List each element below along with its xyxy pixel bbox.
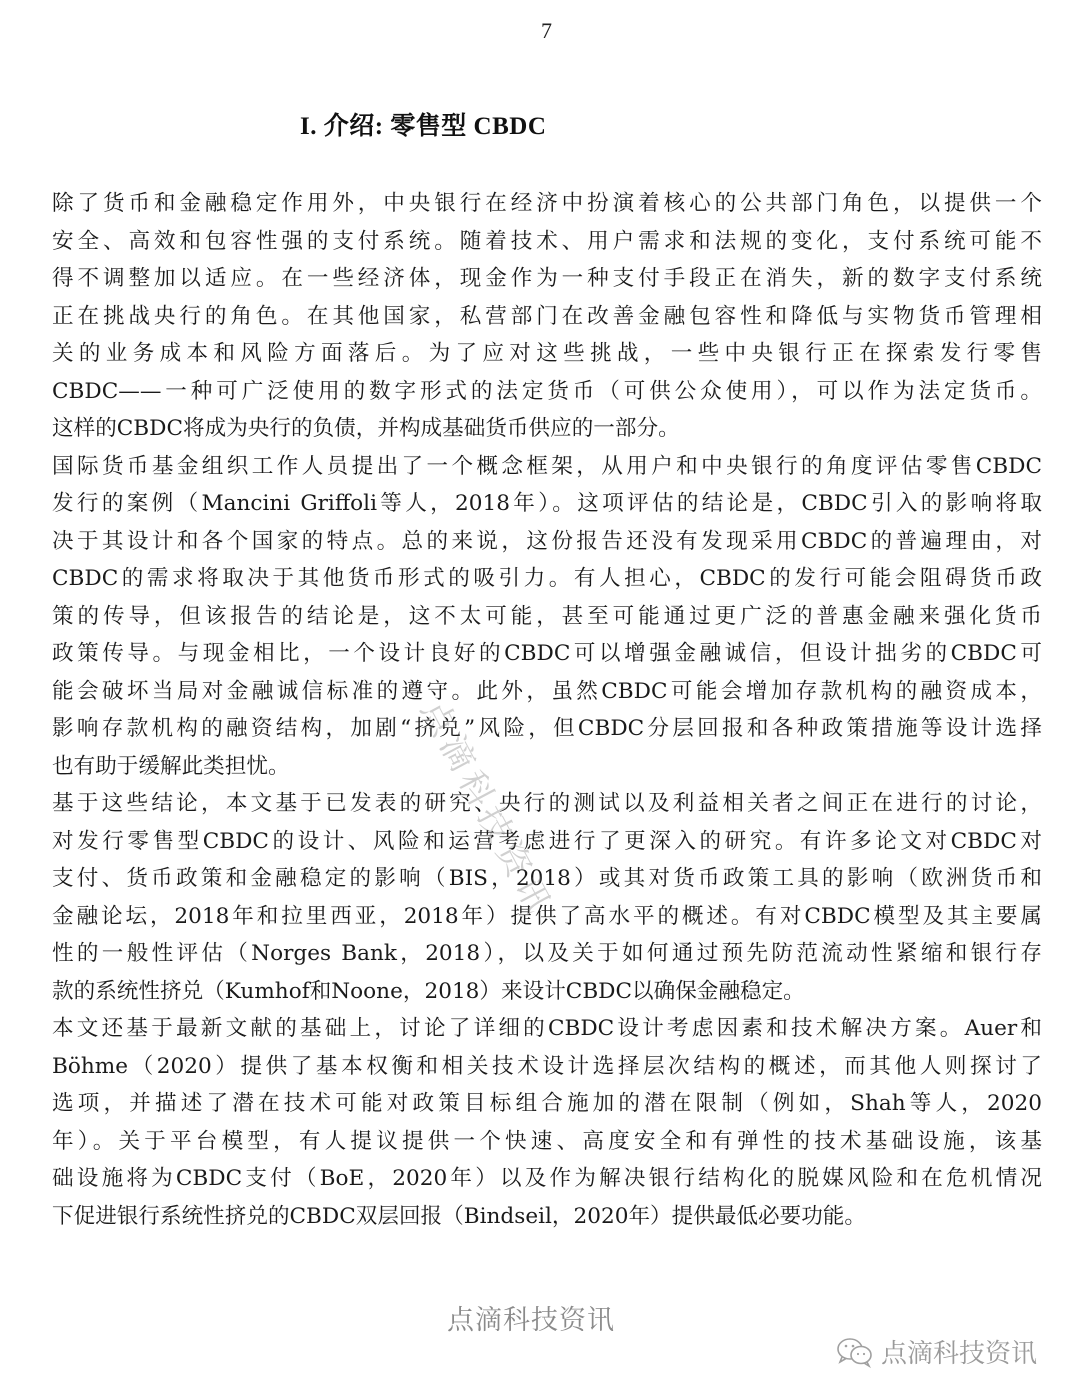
text-line: 发行的案例（Mancini Griffoli等人，2018年）。这项评估的结论是… xyxy=(52,485,1042,523)
text-line: 除了货币和金融稳定作用外，中央银行在经济中扮演着核心的公共部门角色，以提供一个 xyxy=(52,185,1042,223)
text-line: 影响存款机构的融资结构，加剧“挤兑”风险，但CBDC分层回报和各种政策措施等设计… xyxy=(52,710,1042,748)
text-line: 能会破坏当局对金融诚信标准的遵守。此外，虽然CBDC可能会增加存款机构的融资成本… xyxy=(52,673,1042,711)
text-line: CBDC的需求将取决于其他货币形式的吸引力。有人担心，CBDC的发行可能会阻碍货… xyxy=(52,560,1042,598)
wechat-label: 点滴科技资讯 xyxy=(881,1333,1037,1370)
text-line: 这样的CBDC将成为央行的负债，并构成基础货币供应的一部分。 xyxy=(52,410,1042,448)
text-line: 得不调整加以适应。在一些经济体，现金作为一种支付手段正在消失，新的数字支付系统 xyxy=(52,260,1042,298)
wechat-icon xyxy=(835,1335,875,1369)
text-line: 正在挑战央行的角色。在其他国家，私营部门在改善金融包容性和降低与实物货币管理相 xyxy=(52,298,1042,336)
text-line: 选项，并描述了潜在技术可能对政策目标组合施加的潜在限制（例如，Shah等人，20… xyxy=(52,1085,1042,1123)
section-heading: I. 介绍: 零售型 CBDC xyxy=(300,106,546,142)
wechat-account-tag: 点滴科技资讯 xyxy=(835,1333,1037,1370)
text-line: 本文还基于最新文献的基础上，讨论了详细的CBDC设计考虑因素和技术解决方案。Au… xyxy=(52,1010,1042,1048)
text-line: 础设施将为CBDC支付（BoE，2020年）以及作为解决银行结构化的脱媒风险和在… xyxy=(52,1160,1042,1198)
text-line: 性的一般性评估（Norges Bank，2018），以及关于如何通过预先防范流动… xyxy=(52,935,1042,973)
text-line: 策的传导，但该报告的结论是，这不太可能，甚至可能通过更广泛的普惠金融来强化货币 xyxy=(52,598,1042,636)
text-line: 款的系统性挤兑（Kumhof和Noone，2018）来设计CBDC以确保金融稳定… xyxy=(52,973,1042,1011)
body-text: 除了货币和金融稳定作用外，中央银行在经济中扮演着核心的公共部门角色，以提供一个 … xyxy=(52,185,1042,1235)
text-line: 决于其设计和各个国家的特点。总的来说，这份报告还没有发现采用CBDC的普遍理由，… xyxy=(52,523,1042,561)
text-line: 金融论坛，2018年和拉里西亚，2018年）提供了高水平的概述。有对CBDC模型… xyxy=(52,898,1042,936)
text-line: 下促进银行系统性挤兑的CBDC双层回报（Bindseil，2020年）提供最低必… xyxy=(52,1198,1042,1236)
text-line: 年）。关于平台模型，有人提议提供一个快速、高度安全和有弹性的技术基础设施，该基 xyxy=(52,1123,1042,1161)
text-line: 关的业务成本和风险方面落后。为了应对这些挑战，一些中央银行正在探索发行零售 xyxy=(52,335,1042,373)
text-line: 安全、高效和包容性强的支付系统。随着技术、用户需求和法规的变化，支付系统可能不 xyxy=(52,223,1042,261)
text-line: 对发行零售型CBDC的设计、风险和运营考虑进行了更深入的研究。有许多论文对CBD… xyxy=(52,823,1042,861)
text-line: CBDC——一种可广泛使用的数字形式的法定货币（可供公众使用），可以作为法定货币… xyxy=(52,373,1042,411)
text-line: 政策传导。与现金相比，一个设计良好的CBDC可以增强金融诚信，但设计拙劣的CBD… xyxy=(52,635,1042,673)
text-line: 支付、货币政策和金融稳定的影响（BIS，2018）或其对货币政策工具的影响（欧洲… xyxy=(52,860,1042,898)
text-line: 也有助于缓解此类担忧。 xyxy=(52,748,1042,786)
text-line: 基于这些结论，本文基于已发表的研究、央行的测试以及利益相关者之间正在进行的讨论， xyxy=(52,785,1042,823)
page-number: 7 xyxy=(0,18,1080,44)
text-line: 国际货币基金组织工作人员提出了一个概念框架，从用户和中央银行的角度评估零售CBD… xyxy=(52,448,1042,486)
footer-watermark: 点滴科技资讯 xyxy=(447,1298,615,1337)
text-line: Böhme（2020）提供了基本权衡和相关技术设计选择层次结构的概述，而其他人则… xyxy=(52,1048,1042,1086)
